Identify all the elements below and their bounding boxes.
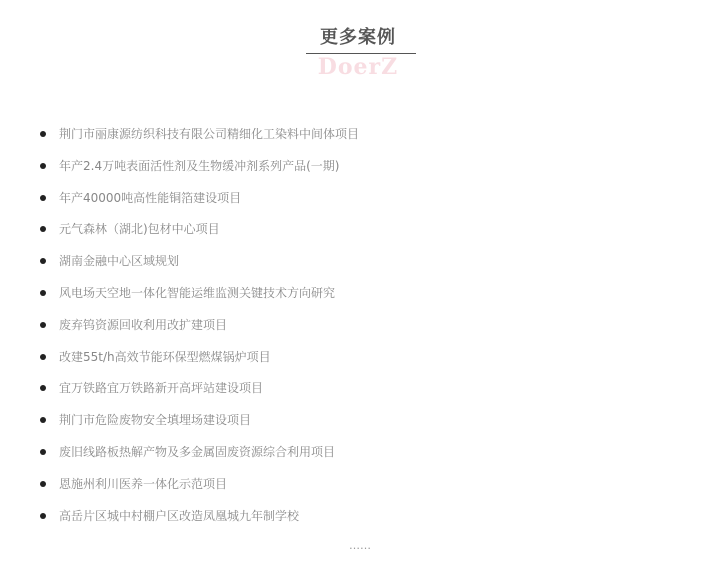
case-label: 元气森林（湖北)包材中心项目 [59, 222, 220, 236]
list-item[interactable]: 年产40000吨高性能铜箔建设项目 [0, 186, 359, 218]
bullet-icon [40, 131, 46, 137]
case-label: 年产40000吨高性能铜箔建设项目 [59, 191, 241, 205]
list-item[interactable]: 高岳片区城中村棚户区改造凤凰城九年制学校 [0, 504, 359, 536]
bullet-icon [40, 513, 46, 519]
bullet-icon [40, 226, 46, 232]
case-label: 高岳片区城中村棚户区改造凤凰城九年制学校 [59, 509, 299, 523]
list-item[interactable]: 宜万铁路宜万铁路新开高坪站建设项目 [0, 376, 359, 408]
case-label: 年产2.4万吨表面活性剂及生物缓冲剂系列产品(一期) [59, 159, 339, 173]
case-label: 湖南金融中心区域规划 [59, 254, 179, 268]
bullet-icon [40, 258, 46, 264]
bullet-icon [40, 163, 46, 169]
bullet-icon [40, 481, 46, 487]
case-label: 荆门市危险废物安全填埋场建设项目 [59, 413, 251, 427]
case-label: 风电场天空地一体化智能运维监测关键技术方向研究 [59, 286, 335, 300]
list-item[interactable]: 荆门市丽康源纺织科技有限公司精细化工染料中间体项目 [0, 122, 359, 154]
bullet-icon [40, 449, 46, 455]
watermark-logo: DoerZ [0, 53, 716, 81]
list-item[interactable]: 废旧线路板热解产物及多金属固废资源综合利用项目 [0, 440, 359, 472]
list-item[interactable]: 元气森林（湖北)包材中心项目 [0, 217, 359, 249]
bullet-icon [40, 354, 46, 360]
case-list: 荆门市丽康源纺织科技有限公司精细化工染料中间体项目 年产2.4万吨表面活性剂及生… [0, 122, 359, 535]
case-label: 荆门市丽康源纺织科技有限公司精细化工染料中间体项目 [59, 127, 359, 141]
case-label: 宜万铁路宜万铁路新开高坪站建设项目 [59, 381, 263, 395]
list-item[interactable]: 废弃钨资源回收利用改扩建项目 [0, 313, 359, 345]
case-label: 恩施州利川医养一体化示范项目 [59, 477, 227, 491]
case-label: 改建55t/h高效节能环保型燃煤锅炉项目 [59, 350, 271, 364]
list-item[interactable]: 风电场天空地一体化智能运维监测关键技术方向研究 [0, 281, 359, 313]
bullet-icon [40, 385, 46, 391]
bullet-icon [40, 417, 46, 423]
bullet-icon [40, 195, 46, 201]
list-item[interactable]: 湖南金融中心区域规划 [0, 249, 359, 281]
more-indicator: …… [349, 539, 371, 552]
section-header: 更多案例 [0, 26, 716, 50]
list-item[interactable]: 荆门市危险废物安全填埋场建设项目 [0, 408, 359, 440]
list-item[interactable]: 改建55t/h高效节能环保型燃煤锅炉项目 [0, 345, 359, 377]
case-label: 废弃钨资源回收利用改扩建项目 [59, 318, 227, 332]
list-item[interactable]: 年产2.4万吨表面活性剂及生物缓冲剂系列产品(一期) [0, 154, 359, 186]
bullet-icon [40, 322, 46, 328]
bullet-icon [40, 290, 46, 296]
case-label: 废旧线路板热解产物及多金属固废资源综合利用项目 [59, 445, 335, 459]
section-title: 更多案例 [320, 26, 396, 50]
list-item[interactable]: 恩施州利川医养一体化示范项目 [0, 472, 359, 504]
